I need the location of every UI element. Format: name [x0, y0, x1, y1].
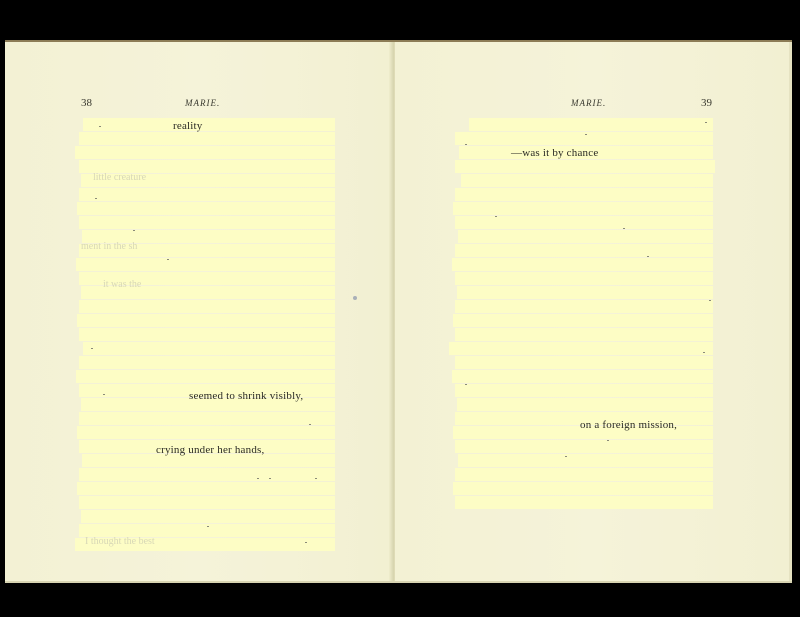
highlight-stroke — [458, 454, 713, 467]
ink-fleck — [91, 348, 93, 349]
highlight-stroke — [79, 496, 335, 509]
scan-smudge — [353, 296, 357, 300]
highlight-stroke — [79, 328, 335, 341]
ink-fleck — [305, 542, 307, 543]
ink-fleck — [103, 394, 105, 395]
highlight-stroke — [455, 328, 713, 341]
highlight-stroke — [76, 370, 335, 383]
erased-text-fragment: it was the — [103, 279, 141, 290]
highlight-stroke — [461, 174, 713, 187]
ink-fleck — [257, 478, 259, 479]
highlight-stroke — [455, 300, 713, 313]
highlight-stroke — [457, 398, 713, 411]
erased-text-fragment: I thought the best — [85, 536, 155, 547]
highlight-stroke — [79, 188, 335, 201]
highlight-stroke — [455, 160, 715, 173]
highlight-stroke — [455, 468, 713, 481]
highlight-stroke — [77, 426, 335, 439]
ink-fleck — [465, 144, 467, 145]
highlight-stroke — [79, 356, 335, 369]
ink-fleck — [495, 216, 497, 217]
running-head-left: MARIE. — [185, 98, 220, 108]
ink-fleck — [133, 230, 135, 231]
visible-phrase-shrink: seemed to shrink visibly, — [189, 390, 303, 402]
highlight-stroke — [75, 146, 335, 159]
page-edge-bottom — [5, 581, 792, 583]
ink-fleck — [95, 198, 97, 199]
visible-phrase-reality: reality — [173, 120, 203, 132]
ink-fleck — [465, 384, 467, 385]
right-page: MARIE. 39 — [395, 42, 792, 583]
highlight-stroke — [457, 286, 713, 299]
visible-phrase-crying: crying under her hands, — [156, 444, 264, 456]
highlight-stroke — [453, 482, 713, 495]
highlight-stroke — [453, 202, 713, 215]
highlight-stroke — [77, 314, 335, 327]
highlight-stroke — [76, 258, 335, 271]
right-text-block: —was it by chance on a foreign mission, — [455, 116, 713, 511]
highlight-stroke — [79, 468, 335, 481]
ink-fleck — [315, 478, 317, 479]
highlight-stroke — [81, 510, 335, 523]
highlight-stroke — [449, 342, 713, 355]
highlight-stroke — [452, 258, 713, 271]
ink-fleck — [703, 352, 705, 353]
highlight-stroke — [77, 202, 335, 215]
highlight-stroke — [83, 118, 335, 131]
ink-fleck — [269, 478, 271, 479]
ink-fleck — [167, 259, 169, 260]
highlight-stroke — [77, 482, 335, 495]
ink-fleck — [647, 256, 649, 257]
highlight-stroke — [455, 216, 713, 229]
book-spread: 38 MARIE. — [5, 40, 792, 583]
highlight-stroke — [79, 300, 335, 313]
page-number-right: 39 — [701, 97, 712, 109]
ink-fleck — [709, 300, 711, 301]
left-text-block: little creature ment in the sh it was th… — [79, 116, 335, 552]
highlight-stroke — [453, 314, 713, 327]
ink-fleck — [99, 126, 101, 127]
highlight-stroke — [455, 356, 713, 369]
highlight-stroke — [83, 342, 335, 355]
highlight-stroke — [455, 132, 713, 145]
ink-fleck — [623, 228, 625, 229]
highlight-stroke — [79, 412, 335, 425]
visible-phrase-mission: on a foreign mission, — [580, 419, 677, 431]
ink-fleck — [607, 440, 609, 441]
ink-fleck — [585, 134, 587, 135]
highlight-stroke — [455, 440, 713, 453]
highlight-stroke — [79, 216, 335, 229]
running-head-right: MARIE. — [571, 98, 606, 108]
page-edge-right — [789, 42, 792, 583]
highlight-stroke — [455, 188, 713, 201]
ink-fleck — [309, 424, 311, 425]
highlight-stroke — [455, 272, 713, 285]
erased-text-fragment: ment in the sh — [81, 241, 137, 252]
page-number-left: 38 — [81, 97, 92, 109]
highlight-stroke — [455, 496, 713, 509]
visible-phrase-chance: —was it by chance — [511, 147, 598, 159]
highlight-stroke — [458, 230, 713, 243]
highlight-stroke — [455, 384, 713, 397]
ink-fleck — [705, 122, 707, 123]
highlight-stroke — [455, 244, 713, 257]
highlight-stroke — [452, 370, 713, 383]
left-page: 38 MARIE. — [5, 42, 393, 583]
erased-text-fragment: little creature — [93, 172, 146, 183]
ink-fleck — [565, 456, 567, 457]
highlight-stroke — [469, 118, 713, 131]
highlight-stroke — [79, 132, 335, 145]
ink-fleck — [207, 526, 209, 527]
